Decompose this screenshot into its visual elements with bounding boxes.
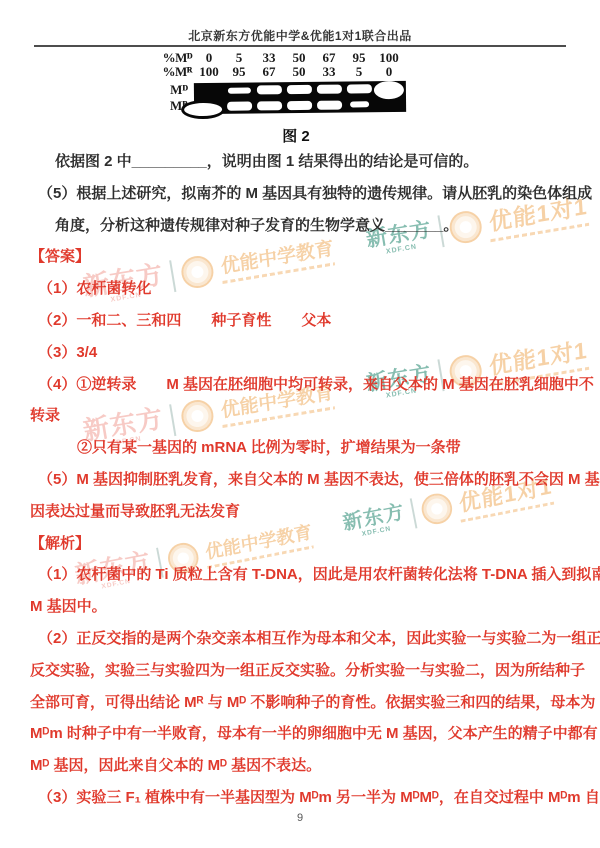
percent-row-mr: %Mᴿ 1009567503350	[158, 65, 420, 79]
text-line: （2）正反交指的是两个杂交亲本相互作为母本和父本，因此实验一与实验二为一组正	[0, 623, 600, 655]
text-line: 反交实验，实验三与实验四为一组正反交实验。分析实验一与实验二，因为所结种子	[0, 655, 600, 687]
text-line: （1）农杆菌转化	[0, 273, 600, 305]
text-line: Mᴰ 基因，因此来自父本的 Mᴰ 基因不表达。	[0, 750, 600, 782]
text-line: 转录	[0, 400, 600, 432]
gel-figure: %Mᴰ 0533506795100 %Mᴿ 1009567503350 Mᴰ M…	[158, 51, 420, 146]
text-line: （5）M 基因抑制胚乳发育，来自父本的 M 基因不表达，使三倍体的胚乳不会因 M…	[0, 464, 600, 496]
text-line: 【解析】	[0, 528, 600, 560]
percent-value: 50	[284, 64, 314, 80]
gel-band-slot	[374, 81, 404, 97]
text-line: Mᴰm 时种子中有一半败育，母本有一半的卵细胞中无 M 基因，父本产生的精子中都…	[0, 718, 600, 750]
text-line: （2）一和二、三和四 种子育性 父本	[0, 305, 600, 337]
text-line: 【答案】	[0, 241, 600, 273]
gel-band-slot	[284, 82, 314, 98]
page-header-title: 北京新东方优能中学&优能1对1联合出品	[0, 27, 600, 44]
gel-band-slot	[314, 97, 344, 113]
gel-band	[257, 101, 282, 110]
text-line: 角度，分析这种遗传规律对种子发育的生物学意义_______。	[0, 210, 600, 242]
text-line: 全部可育，可得出结论 Mᴿ 与 Mᴰ 不影响种子的育性。依据实验三和四的结果，母…	[0, 687, 600, 719]
gel-band-slot	[374, 96, 404, 112]
gel-band	[227, 101, 252, 110]
text-line: M 基因中。	[0, 591, 600, 623]
gel-band	[256, 85, 281, 94]
figure-caption: 图 2	[158, 125, 420, 146]
gel-band-slot	[284, 97, 314, 113]
percent-row-md: %Mᴰ 0533506795100	[158, 51, 420, 65]
gel-band	[286, 85, 311, 94]
text-line: （4）①逆转录 M 基因在胚细胞中均可转录，来自父本的 M 基因在胚乳细胞中不	[0, 369, 600, 401]
gel-wrap: Mᴰ Mᴿ	[158, 82, 420, 114]
gel-lane	[194, 83, 224, 114]
gel-label-md: Mᴰ	[170, 82, 188, 98]
gel-band	[316, 85, 341, 94]
body-text: 依据图 2 中_________，说明由图 1 结果得出的结论是可信的。（5）根…	[0, 146, 600, 814]
gel-image	[194, 81, 406, 114]
percent-value: 100	[194, 64, 224, 80]
percent-values: 1009567503350	[194, 64, 406, 80]
percent-value: 95	[224, 64, 254, 80]
gel-band	[287, 101, 312, 110]
percent-value: 5	[344, 64, 374, 80]
text-line: 依据图 2 中_________，说明由图 1 结果得出的结论是可信的。	[0, 146, 600, 178]
gel-lane	[224, 82, 254, 113]
gel-band-slot	[344, 81, 374, 97]
gel-band	[317, 100, 342, 109]
gel-band-slot	[224, 82, 254, 98]
header-rule	[34, 45, 566, 47]
gel-band	[346, 85, 371, 94]
gel-lane	[284, 82, 314, 113]
gel-band-slot	[254, 82, 284, 98]
percent-value: 0	[374, 64, 404, 80]
percent-value: 33	[314, 64, 344, 80]
text-line: （1）农杆菌中的 Ti 质粒上含有 T-DNA，因此是用农杆菌转化法将 T-DN…	[0, 559, 600, 591]
gel-lane	[344, 81, 374, 112]
gel-band-slot	[344, 97, 374, 113]
gel-band-slot	[314, 82, 344, 98]
gel-lane	[254, 82, 284, 113]
gel-band-slot	[254, 98, 284, 114]
text-line: （3）实验三 F₁ 植株中有一半基因型为 Mᴰm 另一半为 MᴰMᴰ，在自交过程…	[0, 782, 600, 814]
percent-value: 67	[254, 64, 284, 80]
percent-row-label: %Mᴿ	[158, 64, 192, 80]
document-page: 北京新东方优能中学&优能1对1联合出品 %Mᴰ 0533506795100 %M…	[0, 0, 600, 848]
page-number: 9	[0, 812, 600, 824]
gel-band-slot	[194, 83, 224, 99]
gel-band	[350, 102, 369, 108]
text-line: （5）根据上述研究，拟南芥的 M 基因具有独特的遗传规律。请从胚乳的染色体组成	[0, 178, 600, 210]
gel-lane	[314, 82, 344, 113]
gel-band	[181, 99, 225, 118]
gel-band	[227, 87, 250, 93]
gel-lane	[374, 81, 404, 112]
gel-band-slot	[194, 98, 224, 114]
text-line: ②只有某一基因的 mRNA 比例为零时，扩增结果为一条带	[0, 432, 600, 464]
gel-band-slot	[224, 98, 254, 114]
text-line: 因表达过量而导致胚乳无法发育	[0, 496, 600, 528]
text-line: （3）3/4	[0, 337, 600, 369]
